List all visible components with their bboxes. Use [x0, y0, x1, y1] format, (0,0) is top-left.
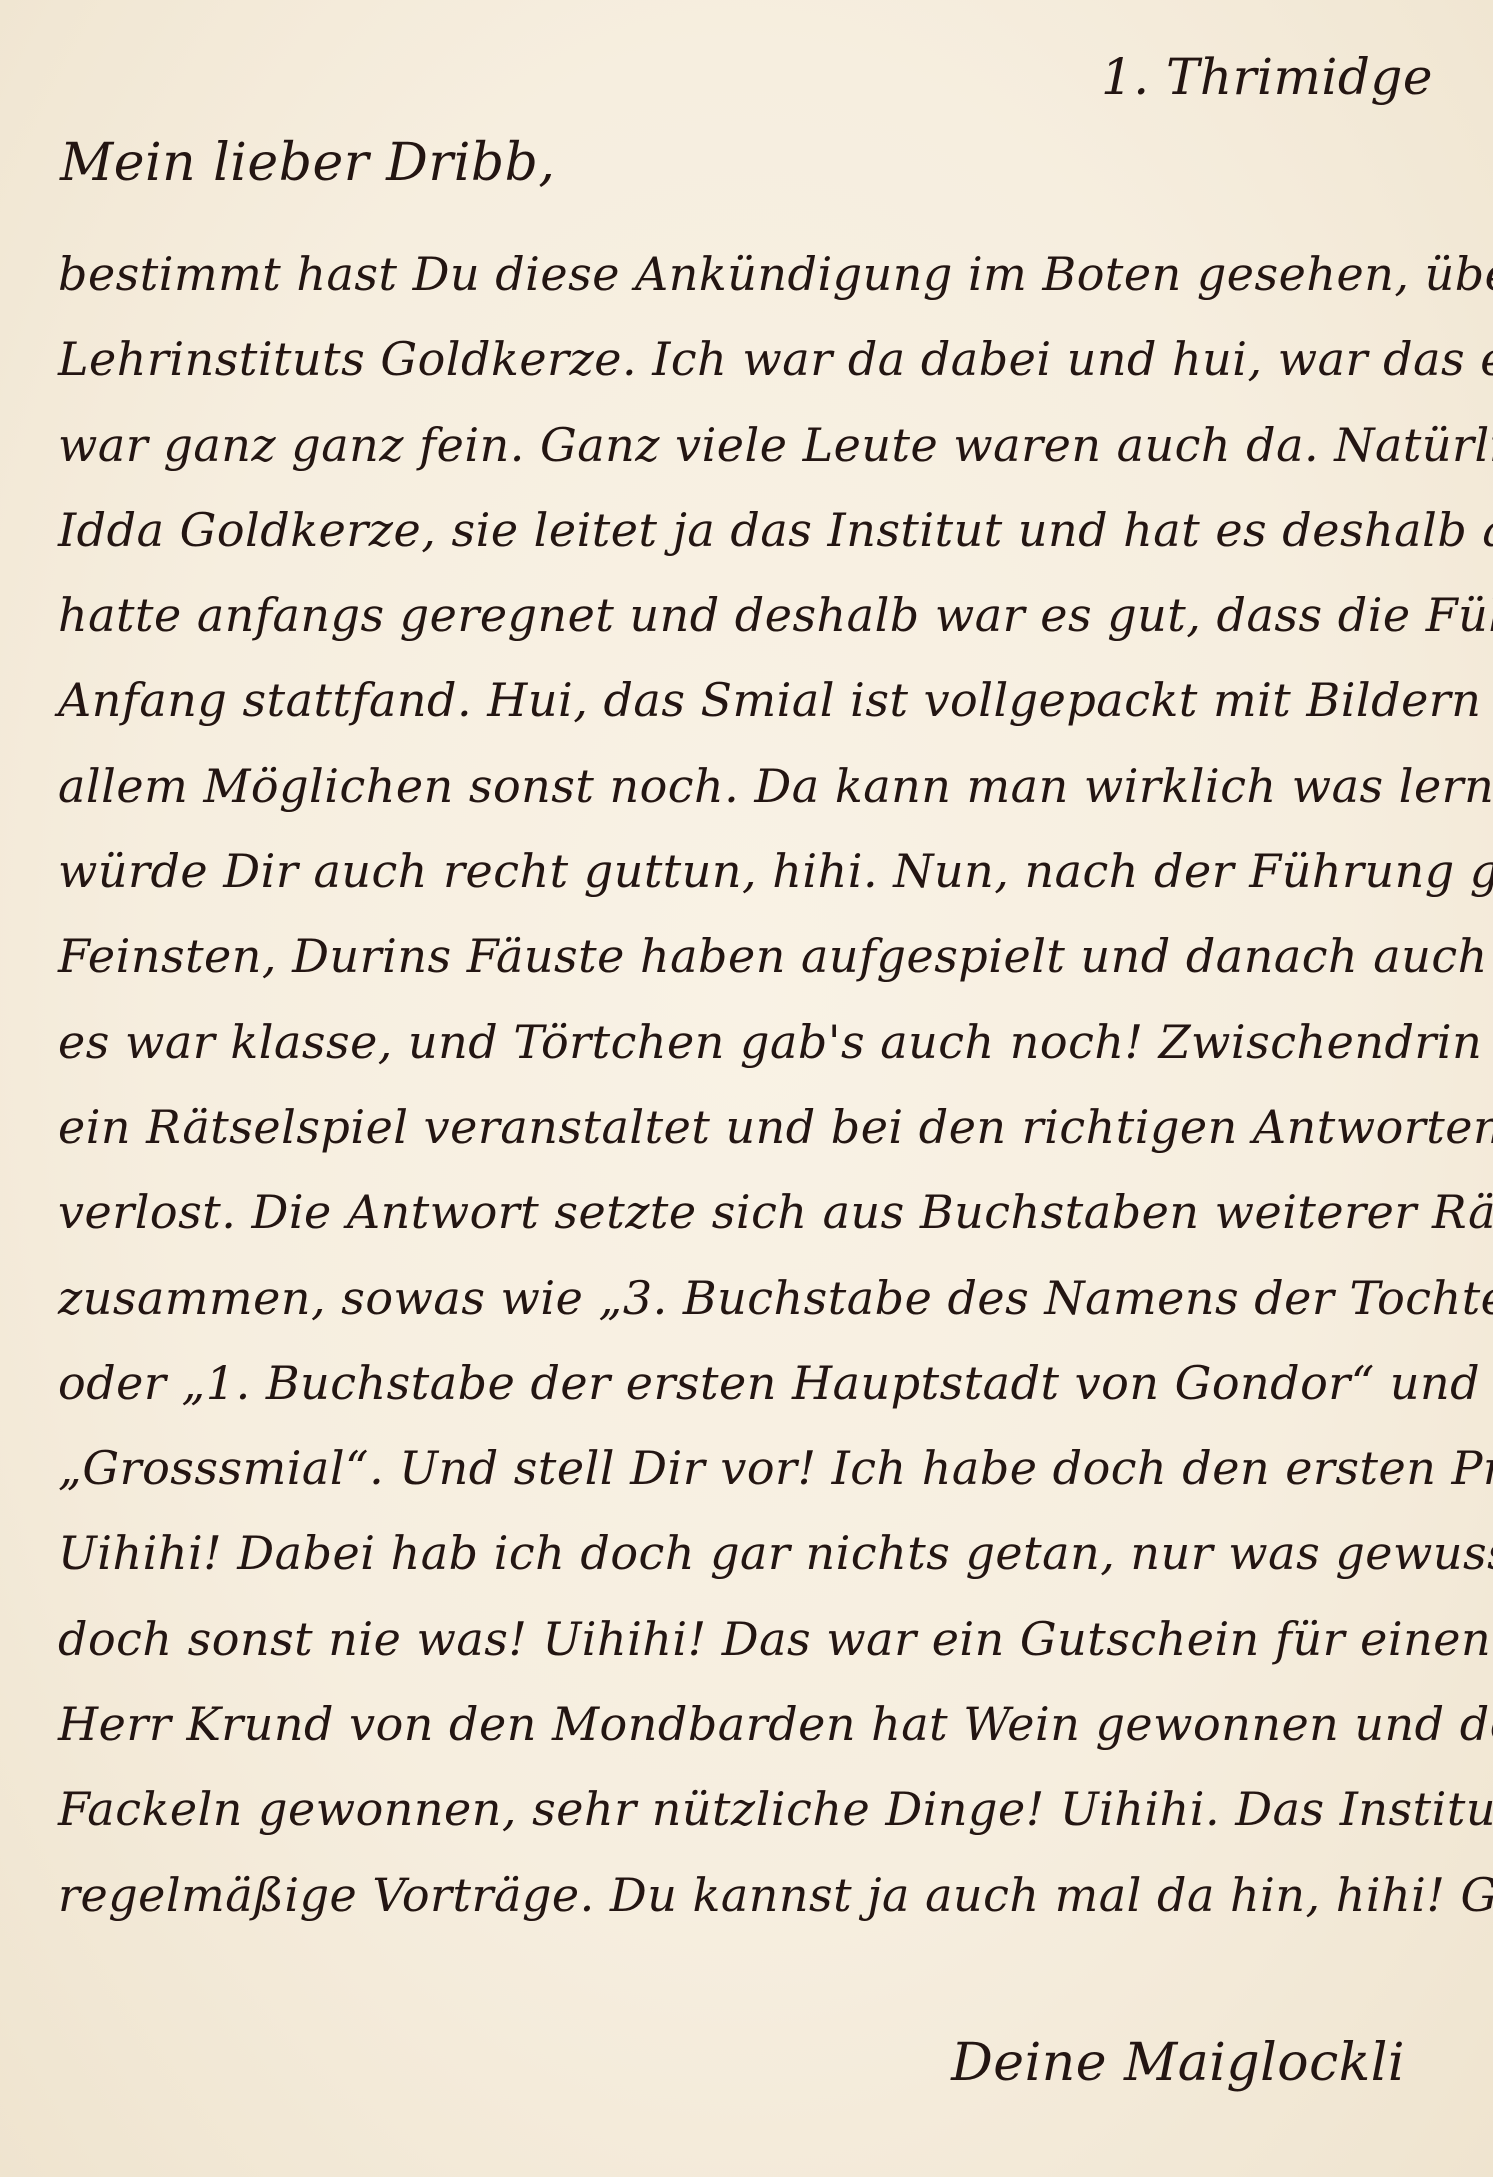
letter-body: bestimmt hast Du diese Ankündigung im Bo…	[58, 232, 1458, 1938]
letter-line: Anfang stattfand. Hui, das Smial ist vol…	[58, 658, 1458, 743]
letter-line: Feinsten, Durins Fäuste haben aufgespiel…	[58, 914, 1458, 999]
letter-line: „Grosssmial“. Und stell Dir vor! Ich hab…	[58, 1426, 1458, 1511]
letter-line: Idda Goldkerze, sie leitet ja das Instit…	[58, 488, 1458, 573]
letter-line: Uihihi! Dabei hab ich doch gar nichts ge…	[58, 1511, 1458, 1596]
letter-line: regelmäßige Vorträge. Du kannst ja auch …	[58, 1853, 1458, 1938]
letter-line: Lehrinstituts Goldkerze. Ich war da dabe…	[58, 317, 1458, 402]
letter-line: verlost. Die Antwort setzte sich aus Buc…	[58, 1170, 1458, 1255]
letter-line: allem Möglichen sonst noch. Da kann man …	[58, 744, 1458, 829]
letter-line: war ganz ganz fein. Ganz viele Leute war…	[58, 403, 1458, 488]
letter-line: es war klasse, und Törtchen gab's auch n…	[58, 1000, 1458, 1085]
letter-signature: Deine Maiglockli	[951, 2018, 1405, 2108]
letter-line: ein Rätselspiel veranstaltet und bei den…	[58, 1085, 1458, 1170]
letter-line: hatte anfangs geregnet und deshalb war e…	[58, 573, 1458, 658]
letter-date: 1. Thrimidge	[1101, 22, 1433, 132]
letter-line: Fackeln gewonnen, sehr nützliche Dinge! …	[58, 1767, 1458, 1852]
letter-line: oder „1. Buchstabe der ersten Hauptstadt…	[58, 1341, 1458, 1426]
letter-line: zusammen, sowas wie „3. Buchstabe des Na…	[58, 1256, 1458, 1341]
letter-line: doch sonst nie was! Uihihi! Das war ein …	[58, 1597, 1458, 1682]
letter-salutation: Mein lieber Dribb,	[60, 118, 555, 208]
letter-line: Herr Krund von den Mondbarden hat Wein g…	[58, 1682, 1458, 1767]
letter-line: bestimmt hast Du diese Ankündigung im Bo…	[58, 232, 1458, 317]
letter-line: würde Dir auch recht guttun, hihi. Nun, …	[58, 829, 1458, 914]
letter-page: 1. Thrimidge Mein lieber Dribb, bestimmt…	[0, 0, 1493, 2177]
